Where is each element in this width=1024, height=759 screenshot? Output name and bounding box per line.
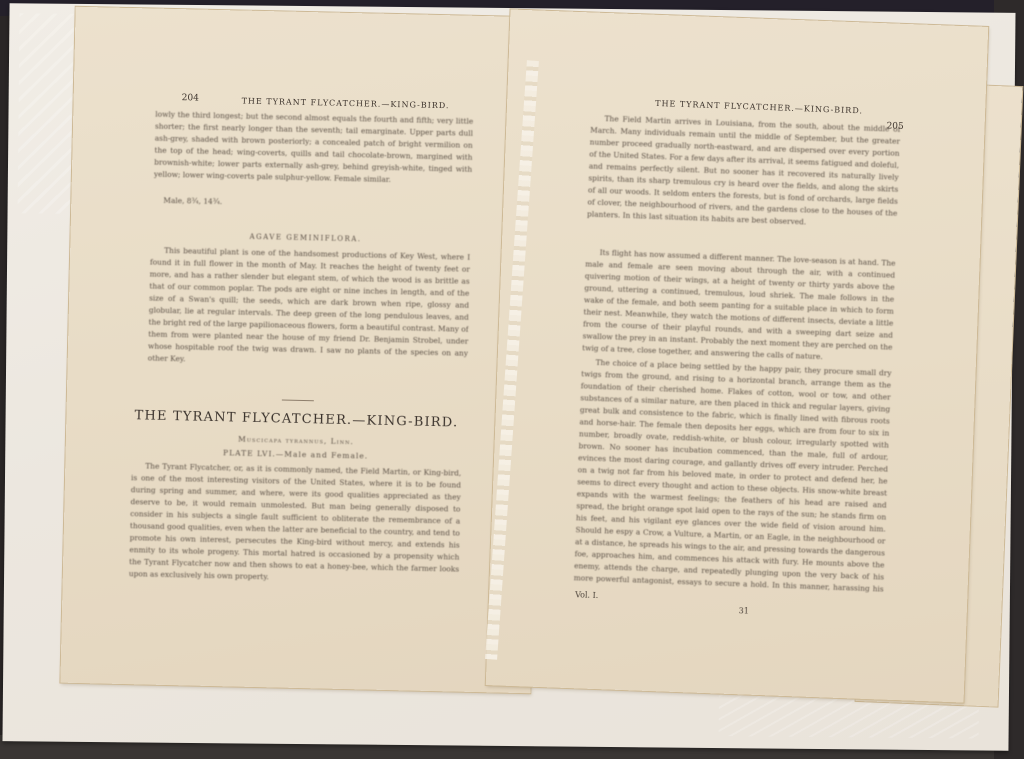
photo-scene: 204 THE TYRANT FLYCATCHER.—KING-BIRD. lo…	[0, 0, 1024, 759]
signature-mark: 31	[739, 606, 750, 615]
arrival-paragraph: The Field Martin arrives in Louisiana, f…	[586, 112, 901, 257]
nesting-paragraph: The choice of a place being settled by t…	[573, 356, 891, 597]
flight-paragraph: Its flight has now assumed a different m…	[582, 246, 896, 367]
section-divider	[282, 400, 314, 402]
plant-paragraph: This beautiful plant is one of the hands…	[148, 245, 471, 374]
intro-paragraph: The Tyrant Flycatcher, or, as it is comm…	[128, 460, 461, 601]
right-page: THE TYRANT FLYCATCHER.—KING-BIRD. 205 Th…	[486, 9, 988, 702]
volume-signature: Vol. I.	[575, 590, 599, 600]
plate-label: PLATE LVI.—Male and Female.	[186, 447, 406, 461]
plant-caption: AGAVE GEMINIFLORA.	[220, 232, 390, 244]
right-running-head: THE TYRANT FLYCATCHER.—KING-BIRD.	[655, 99, 863, 116]
measurement-line: Male, 8¾, 14¾.	[163, 195, 283, 210]
left-running-head: THE TYRANT FLYCATCHER.—KING-BIRD.	[242, 97, 450, 111]
chapter-title: THE TYRANT FLYCATCHER.—KING-BIRD.	[126, 408, 466, 431]
left-page-number: 204	[182, 93, 199, 103]
latin-name: Muscicapa tyrannus, Linn.	[186, 433, 406, 447]
left-page: 204 THE TYRANT FLYCATCHER.—KING-BIRD. lo…	[60, 7, 545, 693]
